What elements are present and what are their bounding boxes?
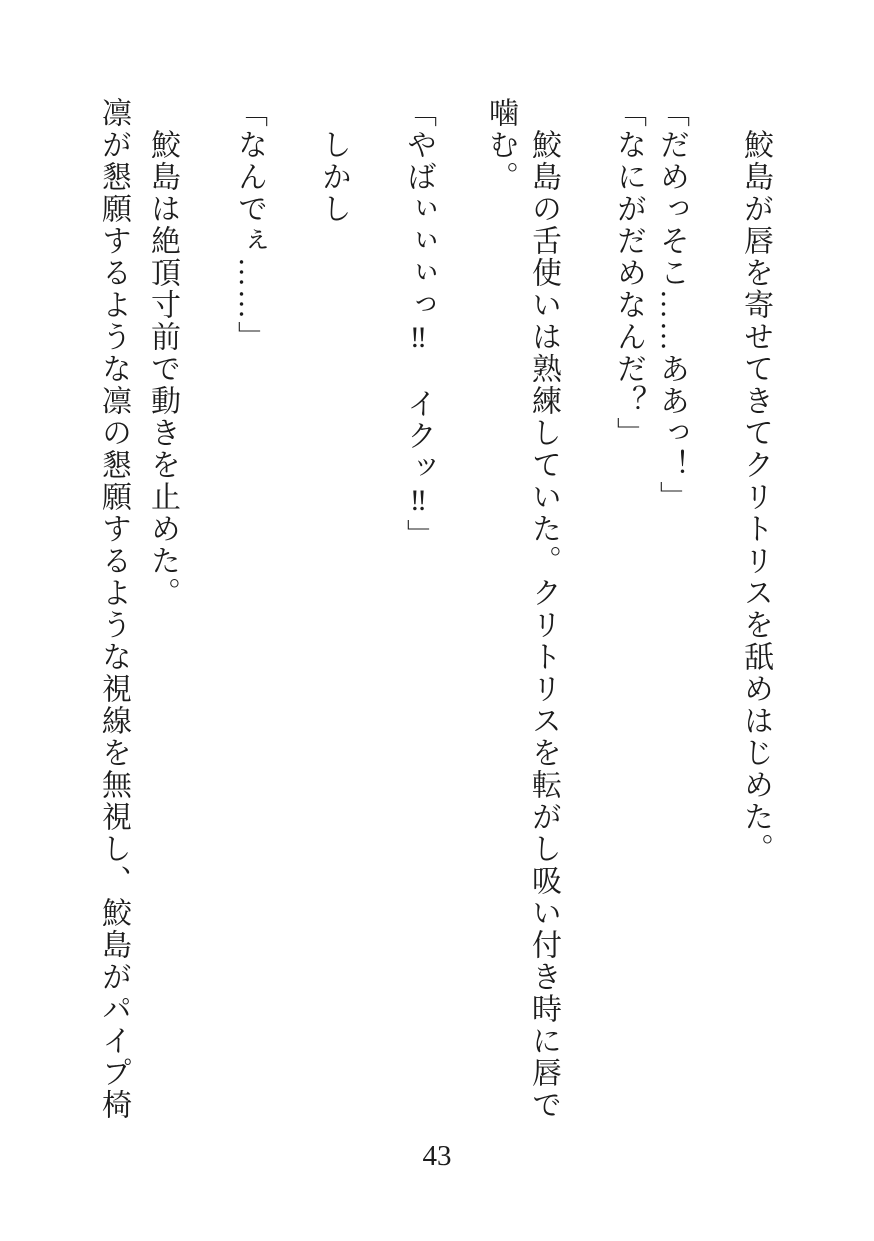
novel-page: 鮫島が唇を寄せてきてクリトリスを舐めはじめた。 「だめっそこ……ああっ！」 「な… [0,0,874,1241]
text-line: しかし [317,97,349,225]
text-line: 鮫島は絶頂寸前で動きを止めた。 [146,97,178,609]
text-line: 凛が懇願するような凛の懇願するような視線を無視し、鮫島がパイプ椅 [97,97,129,1121]
page-number: 43 [0,1140,874,1173]
dialogue-line: 「なんでぇ……」 [233,97,265,353]
text-line: 鮫島の舌使いは熟練していた。クリトリスを転がし吸い付き時に唇で [527,97,559,1121]
text-line: 噛む。 [484,97,516,193]
dialogue-line: 「なにがだめなんだ？」 [612,97,644,449]
dialogue-line: 「だめっそこ……ああっ！」 [655,97,687,513]
dialogue-line: 「やばぃぃぃっ‼ イクッ‼」 [402,97,434,551]
text-line: 鮫島が唇を寄せてきてクリトリスを舐めはじめた。 [739,97,771,865]
